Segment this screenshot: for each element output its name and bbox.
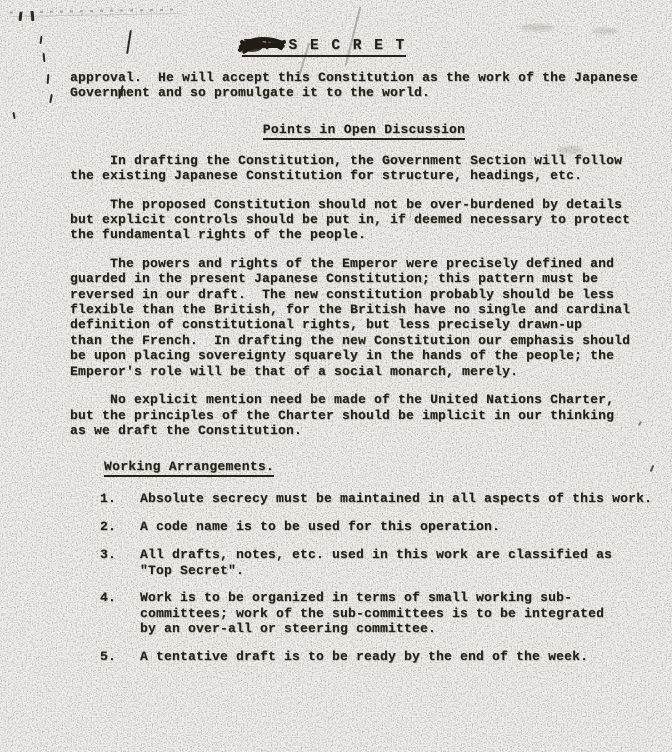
paragraph-not-overburdened: The proposed Constitution should not be … (70, 197, 658, 243)
section-heading-working-arrangements: Working Arrangements. (104, 457, 658, 477)
scan-artifact (12, 112, 15, 119)
section-heading-text: Points in Open Discussion (263, 122, 466, 140)
list-item-text: A code name is to be used for this opera… (140, 519, 658, 534)
struck-word-top: TOP (242, 38, 278, 54)
list-item-text: All drafts, notes, etc. used in this wor… (140, 547, 658, 578)
list-item-number: 2. (100, 519, 140, 534)
working-arrangements-list: 1. Absolute secrecy must be maintained i… (100, 491, 658, 664)
scan-artifact (19, 12, 23, 21)
classification-header-inner: TOP S E C R E T (242, 38, 407, 57)
classification-header: TOP S E C R E T (30, 38, 618, 57)
list-item-number: 4. (100, 590, 140, 636)
classification-label: S E C R E T (289, 38, 407, 54)
list-item-text: Work is to be organized in terms of smal… (140, 590, 658, 636)
document-text-column: TOP S E C R E T approval. (70, 0, 658, 677)
intro-paragraph: approval. He will accept this Constituti… (70, 70, 658, 101)
scan-artifact (47, 74, 50, 84)
list-item-1: 1. Absolute secrecy must be maintained i… (100, 491, 658, 506)
list-item-text: A tentative draft is to be ready by the … (140, 649, 658, 664)
list-item-2: 2. A code name is to be used for this op… (100, 519, 658, 534)
list-item-number: 1. (100, 491, 140, 506)
list-item-number: 5. (100, 649, 140, 664)
list-item-4: 4. Work is to be organized in terms of s… (100, 590, 658, 636)
scan-artifact (49, 94, 53, 103)
paragraph-drafting-follow: In drafting the Constitution, the Govern… (70, 153, 658, 184)
paragraph-un-charter: No explicit mention need be made of the … (70, 392, 658, 438)
scanned-document-page: TOP S E C R E T approval. (0, 0, 672, 752)
list-item-number: 3. (100, 547, 140, 578)
paragraph-emperor-powers: The powers and rights of the Emperor wer… (70, 256, 658, 379)
ink-scribble-overlay (238, 34, 290, 58)
list-item-5: 5. A tentative draft is to be ready by t… (100, 649, 658, 664)
section-heading-open-discussion: Points in Open Discussion (70, 122, 658, 140)
scan-artifact (31, 11, 35, 21)
list-item-text: Absolute secrecy must be maintained in a… (140, 491, 658, 506)
section-heading-text: Working Arrangements. (104, 459, 274, 477)
list-item-3: 3. All drafts, notes, etc. used in this … (100, 547, 658, 578)
